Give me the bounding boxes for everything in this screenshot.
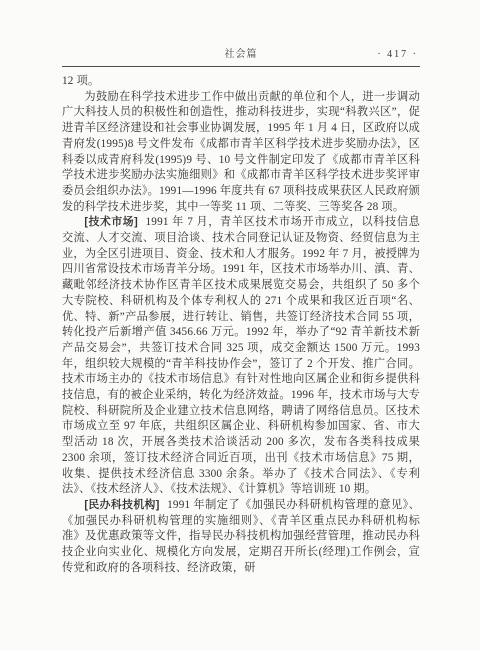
- scanned-book-page: 社会篇 · 417 · 12 项。 为鼓励在科学技术进步工作中做出贡献的单位和个…: [0, 0, 480, 651]
- body-text: 12 项。 为鼓励在科学技术进步工作中做出贡献的单位和个人，进一步调动广大科技人…: [62, 74, 420, 577]
- header-rule: [62, 66, 420, 67]
- paragraph-text: 为鼓励在科学技术进步工作中做出贡献的单位和个人，进一步调动广大科技人员的积极性和…: [62, 91, 420, 213]
- paragraph-text: 12 项。: [62, 75, 99, 87]
- page-number: · 417 ·: [377, 48, 418, 62]
- page-header: 社会篇 · 417 ·: [62, 48, 420, 62]
- entry-label: [技术市场]: [84, 216, 138, 228]
- paragraph-awards: 为鼓励在科学技术进步工作中做出贡献的单位和个人，进一步调动广大科技人员的积极性和…: [62, 90, 420, 216]
- section-title: 社会篇: [62, 48, 420, 62]
- paragraph-continuation: 12 项。: [62, 74, 420, 90]
- paragraph-private-sci-tech-orgs: [民办科技机构]1991 年制定了《加强民办科研机构管理的意见》、《加强民办科研…: [62, 498, 420, 577]
- paragraph-tech-market: [技术市场]1991 年 7 月，青羊区技术市场开市成立，以科技信息交流、人才交…: [62, 215, 420, 498]
- paragraph-text: 1991 年 7 月，青羊区技术市场开市成立，以科技信息交流、人才交流、项目洽谈…: [62, 216, 420, 495]
- page-text-block: 社会篇 · 417 · 12 项。 为鼓励在科学技术进步工作中做出贡献的单位和个…: [62, 48, 420, 577]
- entry-label: [民办科技机构]: [84, 499, 159, 511]
